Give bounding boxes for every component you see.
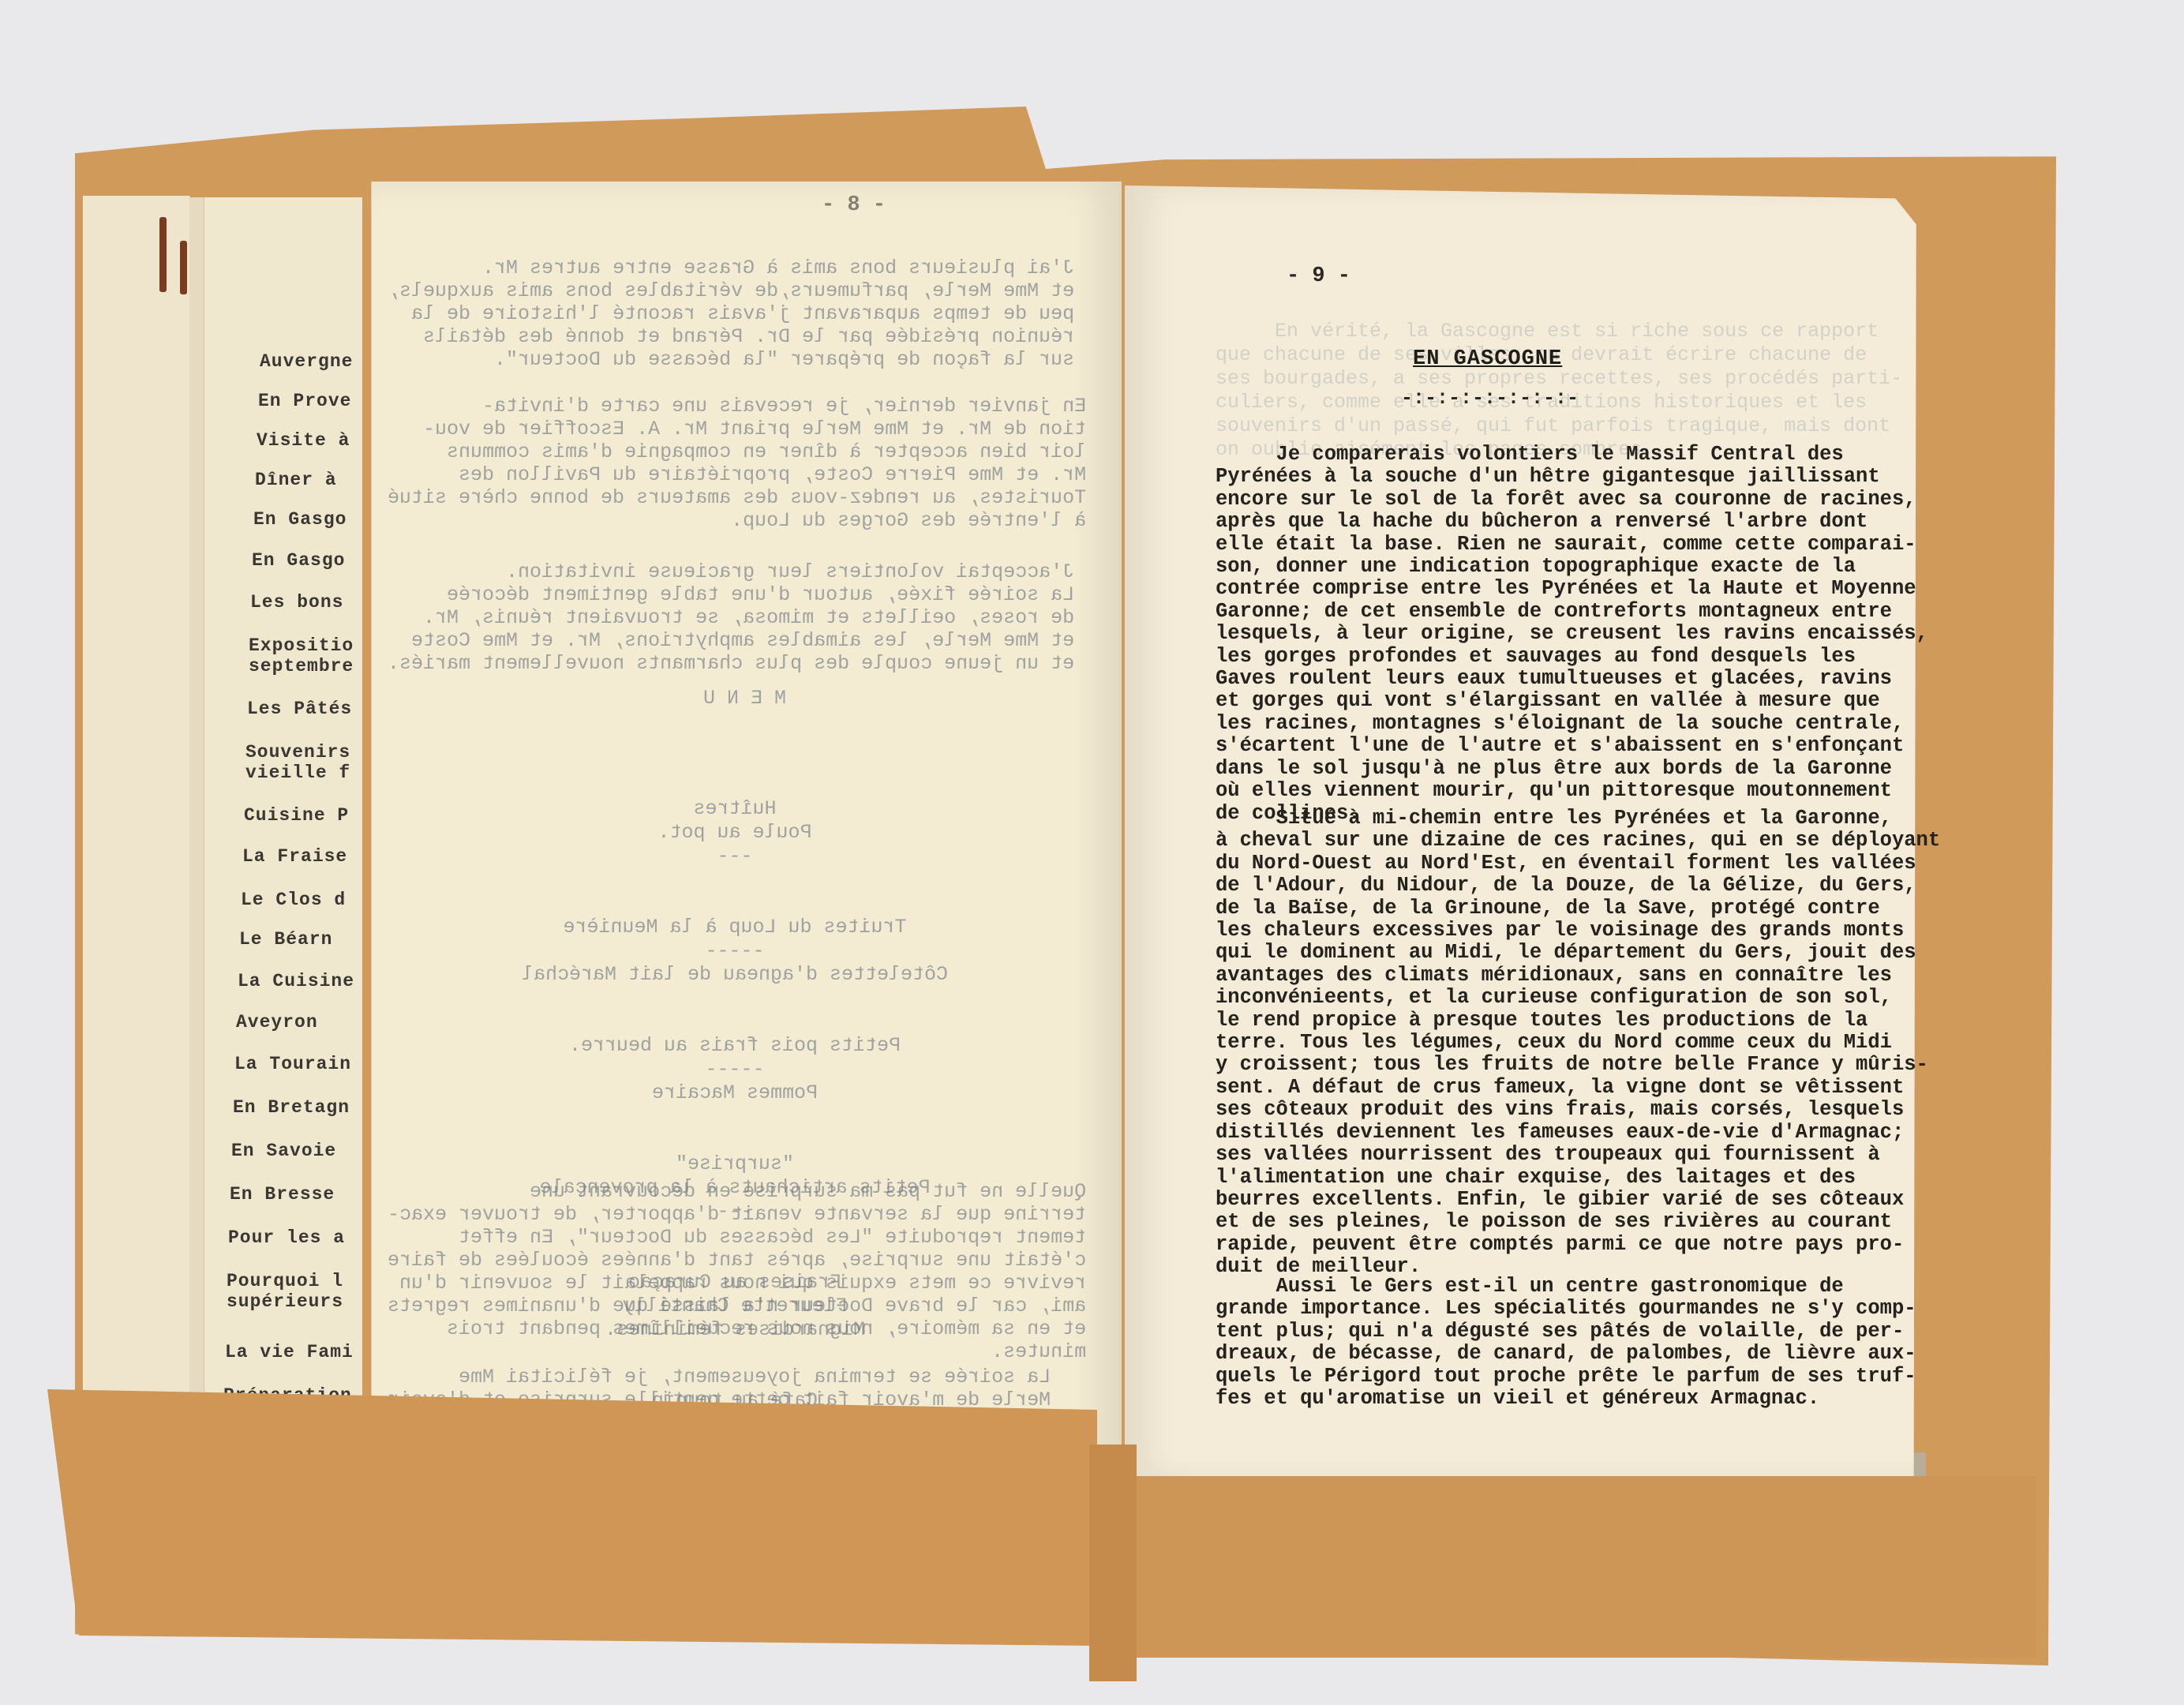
toc-item: Dîner à <box>255 470 337 490</box>
title-ornament: -:-:-:-:-:-:-:- <box>1401 387 1579 410</box>
show-through-paragraph: J'acceptai volontiers leur gracieuse inv… <box>388 560 1074 675</box>
show-through-paragraph: En janvier dernier, je recevais une cart… <box>388 395 1086 532</box>
body-paragraph: Aussi le Gers est-il un centre gastronom… <box>1216 1276 1973 1410</box>
booklet-binding-edge <box>83 196 190 1546</box>
toc-item: La vie Fami <box>225 1342 354 1362</box>
toc-item: Les bons <box>250 592 343 613</box>
toc-item: La Cuisine <box>238 971 354 991</box>
toc-item: Auvergne <box>260 351 353 372</box>
toc-item: En Gasgo <box>253 509 347 530</box>
toc-item: La Fraise <box>242 846 347 867</box>
toc-item: Pour les a <box>228 1227 345 1248</box>
kraft-folder-crease <box>1089 1445 1137 1681</box>
toc-item: Cuisine P <box>244 805 349 826</box>
left-page: - 8 - J'ai plusieurs bons amis à Grasse … <box>371 182 1122 1512</box>
menu-heading: M E N U <box>703 687 786 710</box>
toc-item: Pourquoi l supérieurs <box>227 1271 343 1312</box>
toc-item: Aveyron <box>236 1012 318 1032</box>
kraft-folder-front-right <box>1137 1476 2036 1658</box>
toc-item: En Bresse <box>230 1184 335 1205</box>
page-number: - 9 - <box>1287 264 1350 288</box>
show-through-line: En vérité, la Gascogne est si riche sous… <box>1216 320 1879 343</box>
kraft-folder-front-left <box>47 1389 1097 1646</box>
page-number: - 8 - <box>822 193 886 217</box>
toc-item: La Tourain <box>234 1054 351 1074</box>
show-through-paragraph: J'ai plusieurs bons amis à Grasse entre … <box>388 257 1074 371</box>
toc-item: Visite à <box>257 430 350 451</box>
toc-item: En Bretagn <box>233 1097 350 1118</box>
staple-icon <box>180 241 187 294</box>
show-through-paragraph: Quelle ne fut pas ma surprise en découvr… <box>388 1180 1086 1363</box>
body-paragraph: Situé à mi-chemin entre les Pyrénées et … <box>1216 808 1973 1279</box>
toc-item: En Gasgo <box>252 550 345 571</box>
toc-item: Le Béarn <box>239 929 332 950</box>
toc-item: En Prove <box>258 391 351 411</box>
chapter-title: EN GASCOGNE <box>1413 347 1562 371</box>
toc-item: Le Clos d <box>241 890 346 910</box>
table-of-contents-strip: Auvergne En Prove Visite à Dîner à En Ga… <box>204 197 362 1543</box>
toc-item: Expositio septembre <box>249 635 354 676</box>
staple-icon <box>159 217 167 292</box>
toc-item: En Savoie <box>231 1141 336 1161</box>
body-paragraph: Je comparerais volontiers le Massif Cent… <box>1216 444 1973 825</box>
toc-item: Les Pâtés <box>247 699 352 719</box>
show-through-line: souvenirs d'un passé, qui fut parfois tr… <box>1216 414 1890 437</box>
toc-item: Souvenirs vieille f <box>245 742 350 783</box>
